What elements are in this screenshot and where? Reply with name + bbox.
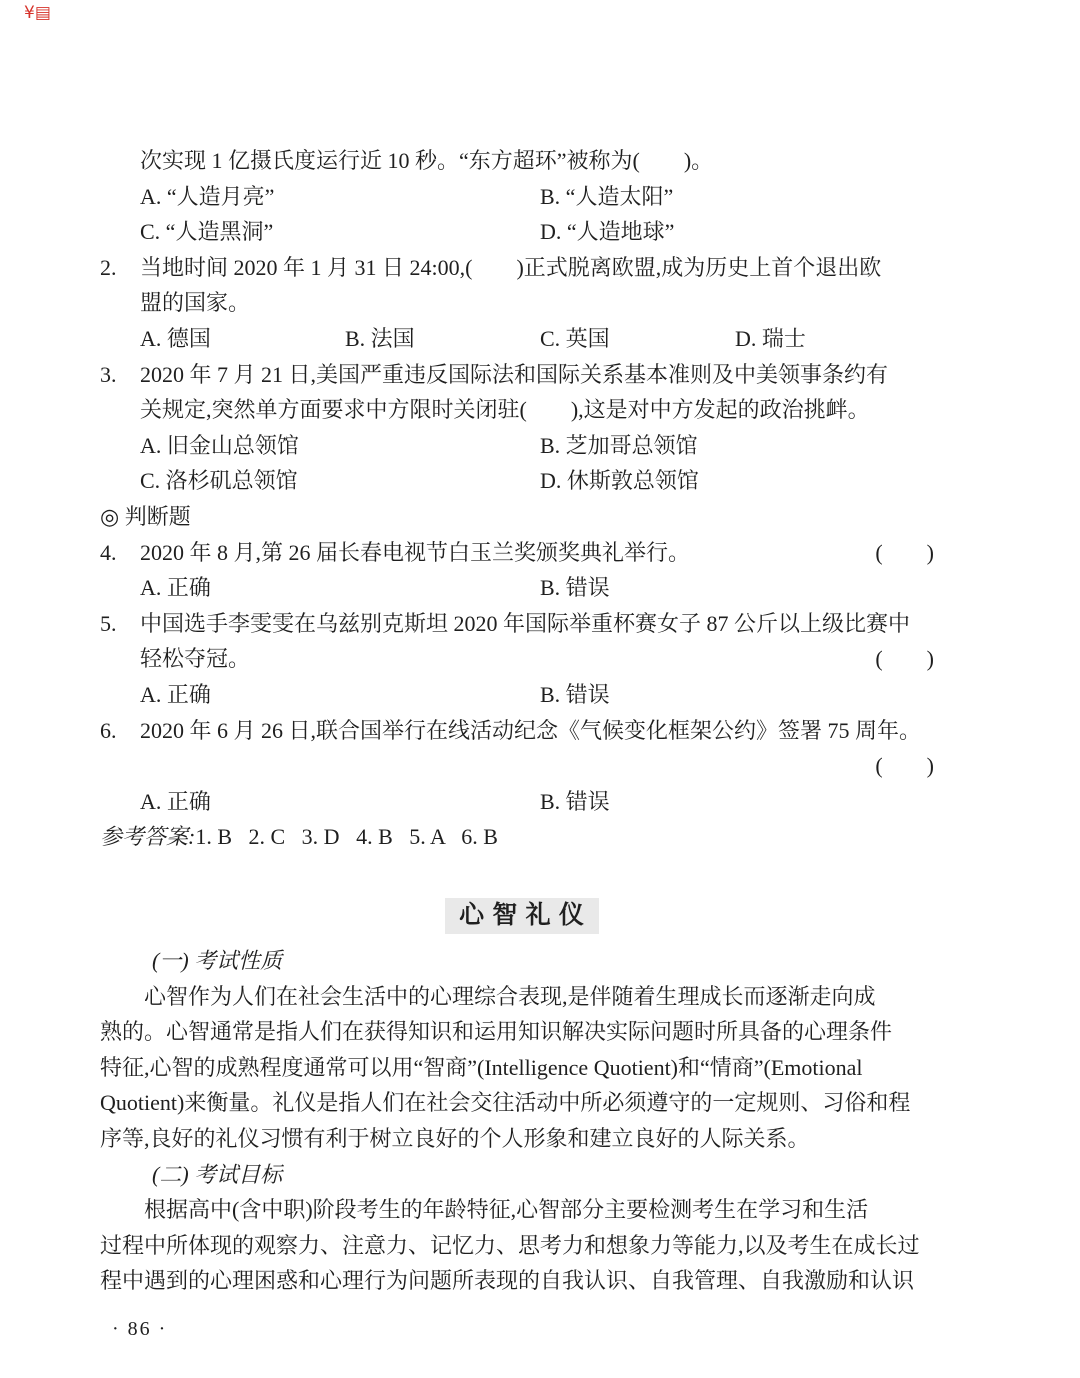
question-number: 4. [100, 535, 117, 571]
question-line: 轻松夺冠。 ( ) [100, 641, 936, 677]
paragraph-line: 程中遇到的心理困惑和心理行为问题所表现的自我认识、自我管理、自我激励和认识 [100, 1263, 936, 1299]
option-b: B. 芝加哥总领馆 [540, 428, 698, 464]
paragraph-text: 特征,心智的成熟程度通常可以用“智商”(Intelligence Quotien… [100, 1055, 863, 1080]
paragraph-text: 根据高中(含中职)阶段考生的年龄特征,心智部分主要检测考生在学习和生活 [144, 1197, 868, 1222]
answer-key-label: 参考答案: [100, 824, 195, 849]
question-text: 2020 年 6 月 26 日,联合国举行在线活动纪念《气候变化框架公约》签署 … [140, 718, 921, 743]
option-d: D. 休斯敦总领馆 [540, 463, 699, 499]
question-line: 次实现 1 亿摄氏度运行近 10 秒。“东方超环”被称为( )。 [100, 143, 936, 179]
question-number: 5. [100, 606, 117, 642]
subsection-heading: (一) 考试性质 [100, 943, 936, 979]
option-b: B. 错误 [540, 677, 610, 713]
paragraph-text: 心智作为人们在社会生活中的心理综合表现,是伴随着生理成长而逐渐走向成 [144, 984, 876, 1009]
answer-blank: ( ) [875, 535, 934, 571]
paragraph-line: 熟的。心智通常是指人们在获得知识和运用知识解决实际问题时所具备的心理条件 [100, 1014, 936, 1050]
paragraph-line: Quotient)来衡量。礼仪是指人们在社会交往活动中所必须遵守的一定规则、习俗… [100, 1085, 936, 1121]
answer-key-values: 1. B 2. C 3. D 4. B 5. A 6. B [195, 824, 498, 849]
subsection-heading-text: (二) 考试目标 [152, 1162, 282, 1187]
answer-blank: ( ) [875, 641, 934, 677]
option-b: B. 法国 [345, 321, 415, 357]
subsection-heading-text: (一) 考试性质 [152, 948, 282, 973]
paragraph-text: Quotient)来衡量。礼仪是指人们在社会交往活动中所必须遵守的一定规则、习俗… [100, 1090, 910, 1115]
paragraph-text: 熟的。心智通常是指人们在获得知识和运用知识解决实际问题时所具备的心理条件 [100, 1019, 892, 1044]
section-title: 心 智 礼 仪 [445, 898, 599, 934]
answer-key-line: 参考答案:1. B 2. C 3. D 4. B 5. A 6. B [100, 819, 936, 855]
answer-blank-row: ( ) [100, 748, 936, 784]
section-marker: ◎ 判断题 [100, 499, 936, 535]
option-c: C. “人造黑洞” [140, 214, 273, 250]
option-a: A. 德国 [140, 321, 211, 357]
question-text: 当地时间 2020 年 1 月 31 日 24:00,( )正式脱离欧盟,成为历… [140, 255, 881, 280]
question-text: 次实现 1 亿摄氏度运行近 10 秒。“东方超环”被称为( )。 [140, 148, 713, 173]
options-row: C. “人造黑洞” D. “人造地球” [100, 214, 936, 250]
question-line: 盟的国家。 [100, 285, 936, 321]
option-c: C. 英国 [540, 321, 610, 357]
options-row: A. 德国 B. 法国 C. 英国 D. 瑞士 [100, 321, 936, 357]
answer-blank: ( ) [875, 748, 934, 784]
question-text: 关规定,突然单方面要求中方限时关闭驻( ),这是对中方发起的政治挑衅。 [140, 397, 870, 422]
option-a: A. 旧金山总领馆 [140, 428, 299, 464]
question-number: 3. [100, 357, 117, 393]
option-d: D. “人造地球” [540, 214, 674, 250]
options-row: C. 洛杉矶总领馆 D. 休斯敦总领馆 [100, 463, 936, 499]
question-text: 2020 年 7 月 21 日,美国严重违反国际法和国际关系基本准则及中美领事条… [140, 362, 888, 387]
paragraph-line: 特征,心智的成熟程度通常可以用“智商”(Intelligence Quotien… [100, 1050, 936, 1086]
red-watermark: ¥▤ [24, 3, 51, 23]
question-text: 轻松夺冠。 [140, 646, 250, 671]
section-body: (一) 考试性质 心智作为人们在社会生活中的心理综合表现,是伴随着生理成长而逐渐… [100, 943, 936, 1299]
option-b: B. 错误 [540, 784, 610, 820]
option-d: D. 瑞士 [735, 321, 806, 357]
paragraph-text: 程中遇到的心理困惑和心理行为问题所表现的自我认识、自我管理、自我激励和认识 [100, 1268, 914, 1293]
paragraph-line: 心智作为人们在社会生活中的心理综合表现,是伴随着生理成长而逐渐走向成 [100, 979, 936, 1015]
paragraph-line: 过程中所体现的观察力、注意力、记忆力、思考力和想象力等能力,以及考生在成长过 [100, 1228, 936, 1264]
option-a: A. 正确 [140, 570, 211, 606]
question-text: 中国选手李雯雯在乌兹别克斯坦 2020 年国际举重杯赛女子 87 公斤以上级比赛… [140, 611, 910, 636]
option-a: A. 正确 [140, 677, 211, 713]
question-line: 5. 中国选手李雯雯在乌兹别克斯坦 2020 年国际举重杯赛女子 87 公斤以上… [100, 606, 936, 642]
option-c: C. 洛杉矶总领馆 [140, 463, 298, 499]
option-a: A. “人造月亮” [140, 179, 274, 215]
option-b: B. “人造太阳” [540, 179, 673, 215]
options-row: A. 正确 B. 错误 [100, 677, 936, 713]
options-row: A. 旧金山总领馆 B. 芝加哥总领馆 [100, 428, 936, 464]
options-row: A. “人造月亮” B. “人造太阳” [100, 179, 936, 215]
question-line: 3. 2020 年 7 月 21 日,美国严重违反国际法和国际关系基本准则及中美… [100, 357, 936, 393]
question-number: 2. [100, 250, 117, 286]
options-row: A. 正确 B. 错误 [100, 570, 936, 606]
quiz-block: 次实现 1 亿摄氏度运行近 10 秒。“东方超环”被称为( )。 A. “人造月… [100, 143, 936, 855]
options-row: A. 正确 B. 错误 [100, 784, 936, 820]
page-number: · 86 · [112, 1318, 167, 1341]
judge-header: ◎ 判断题 [100, 504, 191, 529]
option-a: A. 正确 [140, 784, 211, 820]
paragraph-text: 过程中所体现的观察力、注意力、记忆力、思考力和想象力等能力,以及考生在成长过 [100, 1233, 920, 1258]
question-line: 2. 当地时间 2020 年 1 月 31 日 24:00,( )正式脱离欧盟,… [100, 250, 936, 286]
question-line: 6. 2020 年 6 月 26 日,联合国举行在线活动纪念《气候变化框架公约》… [100, 713, 936, 749]
question-line: 4. 2020 年 8 月,第 26 届长春电视节白玉兰奖颁奖典礼举行。 ( ) [100, 535, 936, 571]
option-b: B. 错误 [540, 570, 610, 606]
paragraph-line: 根据高中(含中职)阶段考生的年龄特征,心智部分主要检测考生在学习和生活 [100, 1192, 936, 1228]
question-line: 关规定,突然单方面要求中方限时关闭驻( ),这是对中方发起的政治挑衅。 [100, 392, 936, 428]
paragraph-line: 序等,良好的礼仪习惯有利于树立良好的个人形象和建立良好的人际关系。 [100, 1121, 936, 1157]
question-text: 盟的国家。 [140, 290, 250, 315]
book-page: { "page": { "watermark": "¥▤", "number_l… [0, 0, 1080, 1378]
paragraph-text: 序等,良好的礼仪习惯有利于树立良好的个人形象和建立良好的人际关系。 [100, 1126, 810, 1151]
question-number: 6. [100, 713, 117, 749]
subsection-heading: (二) 考试目标 [100, 1157, 936, 1193]
question-text: 2020 年 8 月,第 26 届长春电视节白玉兰奖颁奖典礼举行。 [140, 540, 690, 565]
